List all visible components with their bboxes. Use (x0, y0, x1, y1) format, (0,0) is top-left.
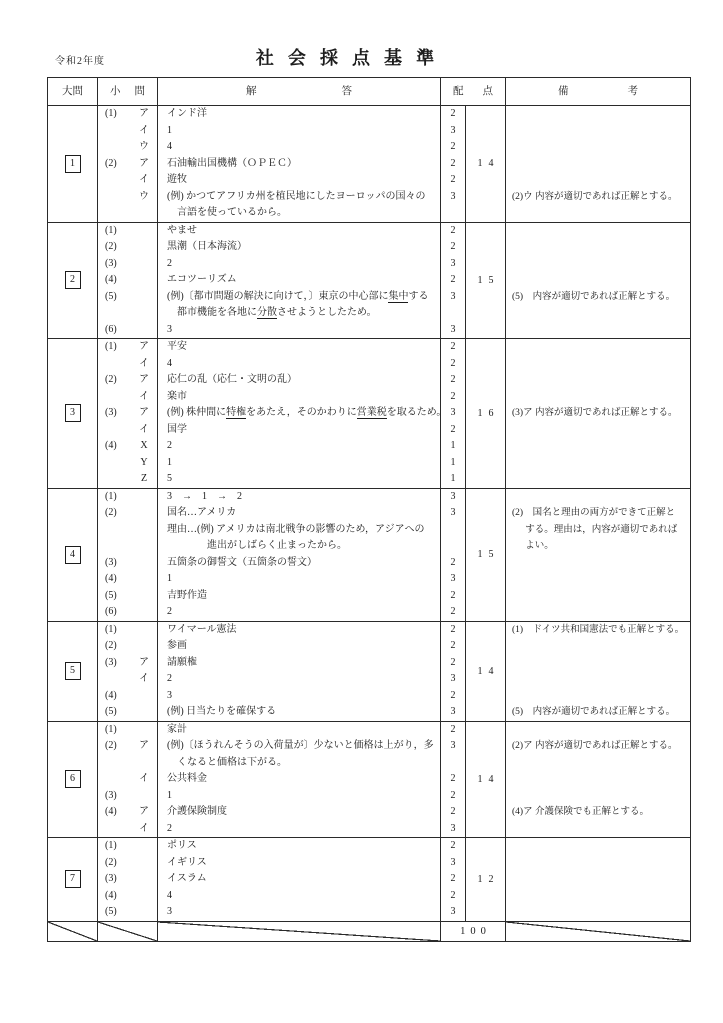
subquestion-branch (135, 571, 153, 588)
answer-text: 家計 (158, 722, 440, 739)
answer-segment: をあたえ，そのかわりに (246, 407, 357, 418)
subquestion-label: (1)ア (98, 339, 157, 356)
subquestion-branch: ア (135, 106, 153, 123)
table-header-row: 大問 小 問 解 答 配 点 備 (48, 78, 690, 106)
answer-text: ポリス (158, 838, 440, 855)
section-number: 1 (65, 155, 81, 173)
subquestion-branch: イ (135, 389, 153, 406)
section-block: 4(1)(2)(3)(4)(5)(6)3 → 1 → 2国名…アメリカ理由…(例… (48, 489, 690, 622)
header-char: 答 (342, 78, 353, 105)
column-header-shomon: 小 問 (98, 78, 158, 105)
remark-text: (2)ア 内容が適切であれば正解とする。 (506, 738, 690, 755)
answer-text: 理由…(例) アメリカは南北戦争の影響のため，アジアへの (158, 522, 440, 539)
answer-segment: (例) 日当たりを確保する (167, 706, 276, 717)
answer-text: くなると価格は下がる。 (158, 755, 440, 772)
shomon-cell: (1)アイウ(2)アイウ (98, 106, 158, 222)
answer-segment: 4 (167, 141, 172, 152)
subquestion-number (105, 771, 135, 788)
answer-text: インド洋 (158, 106, 440, 123)
answer-text: 黒潮（日本海流） (158, 239, 440, 256)
remark-line: (4)ア 介護保険でも正解とする。 (512, 804, 686, 821)
subquestion-number: (6) (105, 322, 135, 339)
subquestion-number: (1) (105, 722, 135, 739)
section-block: 3(1)アイ(2)アイ(3)アイ(4)XYZ平安4応仁の乱（応仁・文明の乱）楽市… (48, 339, 690, 489)
answer-segment: くなると価格は下がる。 (177, 757, 287, 768)
subquestion-label: (3) (98, 788, 157, 805)
remark-line: (5) 内容が適切であれば正解とする。 (512, 704, 686, 721)
subquestion-number (105, 205, 135, 222)
subquestion-branch: イ (135, 172, 153, 189)
subquestion-label: イ (98, 821, 157, 838)
section-total-cell: 14 (466, 622, 506, 721)
subquestion-branch: イ (135, 356, 153, 373)
answer-cell: やませ黒潮（日本海流）2エコツーリズム(例)〔都市問題の解決に向けて，〕東京の中… (158, 223, 441, 339)
answer-text: 五箇条の御誓文（五箇条の誓文） (158, 555, 440, 572)
subquestion-label: (2)ア (98, 738, 157, 755)
subquestion-number: (2) (105, 638, 135, 655)
subquestion-branch (135, 322, 153, 339)
remark-line: (3)ア 内容が適切であれば正解とする。 (512, 405, 686, 422)
total-row: 100 (48, 922, 690, 941)
answer-segment: (例) かつてアフリカ州を植民地にしたヨーロッパの国々の (167, 191, 425, 202)
answer-cell: インド洋14石油輸出国機構（ＯＰＥＣ）遊牧(例) かつてアフリカ州を植民地にした… (158, 106, 441, 222)
points-value: 2 (441, 788, 465, 805)
subquestion-label: イ (98, 771, 157, 788)
subquestion-number (105, 356, 135, 373)
answer-text: 2 (158, 256, 440, 273)
subquestion-label: (3) (98, 555, 157, 572)
section-total: 14 (472, 158, 500, 169)
subquestion-branch (135, 588, 153, 605)
answer-text: 吉野作造 (158, 588, 440, 605)
subquestion-label: (4)X (98, 438, 157, 455)
subquestion-number: (4) (105, 438, 135, 455)
answer-text: イスラム (158, 871, 440, 888)
section-total-cell: 14 (466, 722, 506, 838)
points-value: 3 (441, 671, 465, 688)
answer-text: 2 (158, 671, 440, 688)
subquestion-number (105, 755, 135, 772)
shomon-cell: (1)アイ(2)アイ(3)アイ(4)XYZ (98, 339, 158, 488)
subquestion-number (105, 389, 135, 406)
points-value: 2 (441, 622, 465, 639)
answer-segment: 楽市 (167, 391, 187, 402)
answer-segment: させようとしたため。 (277, 307, 377, 318)
underlined-term: 集中 (388, 291, 408, 303)
grand-total-points: 100 (441, 922, 506, 941)
section-block: 6(1)(2)アイ(3)(4)アイ家計(例)〔ほうれんそうの入荷量が〕少ないと価… (48, 722, 690, 839)
answer-text: 請願権 (158, 655, 440, 672)
subquestion-number: (2) (105, 239, 135, 256)
section-block: 7(1)(2)(3)(4)(5)ポリスイギリスイスラム432322312 (48, 838, 690, 922)
points-value: 2 (441, 604, 465, 621)
section-total: 15 (472, 549, 500, 560)
answer-segment: 4 (167, 358, 172, 369)
subquestion-number: (2) (105, 855, 135, 872)
section-total: 16 (472, 408, 500, 419)
total-row-daimon-cell (48, 922, 98, 941)
section-total-cell: 14 (466, 106, 506, 222)
points-value: 3 (441, 821, 465, 838)
answer-text: 1 (158, 123, 440, 140)
remarks-cell: (1) ドイツ共和国憲法でも正解とする。(5) 内容が適切であれば正解とする。 (506, 622, 690, 721)
subquestion-number: (5) (105, 588, 135, 605)
subquestion-branch: ア (135, 372, 153, 389)
answer-text: 1 (158, 571, 440, 588)
subquestion-branch (135, 522, 153, 539)
answer-text: 3 (158, 322, 440, 339)
subquestion-number: (3) (105, 256, 135, 273)
answer-segment: 2 (167, 440, 172, 451)
points-value (441, 538, 465, 555)
subquestion-label: (3) (98, 871, 157, 888)
subquestion-label: イ (98, 172, 157, 189)
points-value: 2 (441, 106, 465, 123)
points-value: 2 (441, 588, 465, 605)
section-total: 14 (472, 774, 500, 785)
header-char: 問 (135, 78, 146, 105)
answer-text: (例) 日当たりを確保する (158, 704, 440, 721)
subquestion-number (105, 455, 135, 472)
subquestion-branch: ア (135, 156, 153, 173)
subquestion-number: (3) (105, 871, 135, 888)
remark-text: (4)ア 介護保険でも正解とする。 (506, 804, 690, 821)
subquestion-label: (5) (98, 289, 157, 306)
subquestion-number: (6) (105, 604, 135, 621)
answer-segment: 公共料金 (167, 773, 207, 784)
answer-segment: 遊牧 (167, 174, 187, 185)
subquestion-label: (1) (98, 722, 157, 739)
subquestion-branch (135, 622, 153, 639)
subquestion-branch (135, 688, 153, 705)
points-value: 2 (441, 638, 465, 655)
points-cell: 232223 (441, 722, 466, 838)
answer-text: 2 (158, 604, 440, 621)
answer-text: 1 (158, 788, 440, 805)
answer-segment: 五箇条の御誓文（五箇条の誓文） (167, 557, 317, 568)
column-header-daimon: 大問 (48, 78, 98, 105)
answer-segment: イスラム (167, 873, 207, 884)
answer-segment: 5 (167, 473, 172, 484)
subquestion-branch: イ (135, 771, 153, 788)
answer-segment: 家計 (167, 724, 187, 735)
daimon-cell: 6 (48, 722, 98, 838)
subquestion-label: イ (98, 123, 157, 140)
subquestion-number (105, 471, 135, 488)
points-value: 3 (441, 855, 465, 872)
answer-text: 進出がしばらく止まったから。 (158, 538, 440, 555)
subquestion-branch (135, 272, 153, 289)
subquestion-number: (1) (105, 106, 135, 123)
score-table-body: 1(1)アイウ(2)アイウインド洋14石油輸出国機構（ＯＰＥＣ）遊牧(例) かつ… (48, 106, 690, 922)
subquestion-label: (3)ア (98, 655, 157, 672)
subquestion-label (98, 305, 157, 322)
answer-text: (例)〔ほうれんそうの入荷量が〕少ないと価格は上がり，多 (158, 738, 440, 755)
remarks-cell: (2)ウ 内容が適切であれば正解とする。 (506, 106, 690, 222)
subquestion-number: (1) (105, 838, 135, 855)
answer-text: (例)〔都市問題の解決に向けて，〕東京の中心部に集中する (158, 289, 440, 306)
answer-segment: 2 (167, 258, 172, 269)
answer-segment: イギリス (167, 857, 207, 868)
total-row-answer-cell (158, 922, 441, 941)
subquestion-branch (135, 788, 153, 805)
answer-text: 2 (158, 438, 440, 455)
answer-segment: 石油輸出国機構（ＯＰＥＣ） (167, 158, 297, 169)
column-header-remarks: 備 考 (506, 78, 690, 105)
subquestion-label: (1) (98, 838, 157, 855)
daimon-cell: 5 (48, 622, 98, 721)
points-value: 2 (441, 771, 465, 788)
subquestion-number: (1) (105, 489, 135, 506)
header-char: 備 (558, 78, 569, 105)
subquestion-number: (3) (105, 405, 135, 422)
answer-segment: を取るため。 (387, 407, 447, 418)
points-value (441, 205, 465, 222)
subquestion-number: (4) (105, 571, 135, 588)
answer-text: 遊牧 (158, 172, 440, 189)
subquestion-number (105, 522, 135, 539)
subquestion-label (98, 755, 157, 772)
answer-cell: 平安4応仁の乱（応仁・文明の乱）楽市(例) 株仲間に特権をあたえ，そのかわりに営… (158, 339, 441, 488)
daimon-cell: 3 (48, 339, 98, 488)
points-value: 3 (441, 505, 465, 522)
answer-segment: 介護保険制度 (167, 806, 227, 817)
answer-segment: 黒潮（日本海流） (167, 241, 247, 252)
subquestion-label: (2) (98, 855, 157, 872)
answer-segment: 請願権 (167, 657, 197, 668)
points-value: 3 (441, 256, 465, 273)
points-value (441, 755, 465, 772)
points-value: 2 (441, 871, 465, 888)
subquestion-label: (5) (98, 904, 157, 921)
score-table: 大問 小 問 解 答 配 点 備 (47, 77, 691, 942)
subquestion-branch: ア (135, 738, 153, 755)
remark-text: (1) ドイツ共和国憲法でも正解とする。 (506, 622, 690, 639)
points-value: 2 (441, 838, 465, 855)
diagonal-slash (48, 922, 97, 941)
subquestion-branch (135, 888, 153, 905)
daimon-cell: 4 (48, 489, 98, 621)
remark-line: (2)ウ 内容が適切であれば正解とする。 (512, 189, 686, 206)
total-row-shomon-cell (98, 922, 158, 941)
subquestion-label: (3)ア (98, 405, 157, 422)
section-number: 7 (65, 870, 81, 888)
remark-line: する。理由は，内容が適切であれば (512, 522, 686, 539)
subquestion-number: (2) (105, 372, 135, 389)
points-value: 1 (441, 455, 465, 472)
subquestion-branch (135, 223, 153, 240)
subquestion-number: (2) (105, 505, 135, 522)
answer-segment: 2 (167, 823, 172, 834)
subquestion-branch (135, 704, 153, 721)
remark-text: (3)ア 内容が適切であれば正解とする。 (506, 405, 690, 422)
subquestion-label: (2) (98, 505, 157, 522)
subquestion-number: (4) (105, 804, 135, 821)
answer-text: 都市機能を各地に分散させようとしたため。 (158, 305, 440, 322)
subquestion-label: (4) (98, 571, 157, 588)
subquestion-label: (4) (98, 888, 157, 905)
subquestion-branch: ウ (135, 189, 153, 206)
subquestion-label: (1)ア (98, 106, 157, 123)
shomon-cell: (1)(2)(3)(4)(5)(6) (98, 489, 158, 621)
subquestion-label: (1) (98, 622, 157, 639)
header-char: 解 (246, 78, 257, 105)
subquestion-label: Z (98, 471, 157, 488)
answer-segment: 吉野作造 (167, 590, 207, 601)
section-block: 2(1)(2)(3)(4)(5)(6)やませ黒潮（日本海流）2エコツーリズム(例… (48, 223, 690, 340)
points-value: 2 (441, 655, 465, 672)
subquestion-label: (6) (98, 322, 157, 339)
subquestion-label (98, 522, 157, 539)
subquestion-branch: ア (135, 655, 153, 672)
answer-segment: 応仁の乱（応仁・文明の乱） (167, 374, 297, 385)
section-total-cell: 16 (466, 339, 506, 488)
answer-segment: 1 (167, 790, 172, 801)
header-char: 小 (110, 78, 121, 105)
subquestion-label: (5) (98, 588, 157, 605)
answer-text: 3 → 1 → 2 (158, 489, 440, 506)
subquestion-number (105, 671, 135, 688)
points-value: 3 (441, 123, 465, 140)
answer-segment: 2 (167, 606, 172, 617)
answer-text: 1 (158, 455, 440, 472)
points-value: 2 (441, 139, 465, 156)
answer-segment: ワイマール憲法 (167, 624, 237, 635)
remarks-cell: (2) 国名と理由の両方ができて正解とする。理由は，内容が適切であればよい。 (506, 489, 690, 621)
remark-text: (5) 内容が適切であれば正解とする。 (506, 289, 690, 306)
subquestion-branch: ア (135, 804, 153, 821)
subquestion-branch: ア (135, 339, 153, 356)
subquestion-number: (1) (105, 223, 135, 240)
subquestion-number: (2) (105, 156, 135, 173)
subquestion-branch: ア (135, 405, 153, 422)
subquestion-label: (4) (98, 272, 157, 289)
subquestion-branch: ウ (135, 139, 153, 156)
answer-text: イギリス (158, 855, 440, 872)
subquestion-label: (1) (98, 489, 157, 506)
points-value: 1 (441, 471, 465, 488)
answer-text: 国学 (158, 422, 440, 439)
subquestion-branch (135, 871, 153, 888)
subquestion-branch (135, 538, 153, 555)
subquestion-branch: X (135, 438, 153, 455)
points-value: 2 (441, 339, 465, 356)
remark-line: (2)ア 内容が適切であれば正解とする。 (512, 738, 686, 755)
answer-segment: 参画 (167, 640, 187, 651)
subquestion-branch: イ (135, 422, 153, 439)
section-number: 2 (65, 271, 81, 289)
answer-text: 4 (158, 888, 440, 905)
shomon-cell: (1)(2)(3)(4)(5) (98, 838, 158, 921)
section-number: 6 (65, 770, 81, 788)
answer-segment: 進出がしばらく止まったから。 (207, 540, 347, 551)
daimon-cell: 1 (48, 106, 98, 222)
subquestion-number (105, 189, 135, 206)
subquestion-label: (5) (98, 704, 157, 721)
answer-segment: 理由…(例) アメリカは南北戦争の影響のため，アジアへの (167, 524, 424, 535)
subquestion-label: イ (98, 422, 157, 439)
subquestion-label: ウ (98, 139, 157, 156)
remark-line: (5) 内容が適切であれば正解とする。 (512, 289, 686, 306)
answer-text: 4 (158, 356, 440, 373)
grading-sheet-page: 令和2年度 社会採点基準 大問 小 問 解 答 配 点 (0, 0, 723, 1023)
subquestion-number (105, 172, 135, 189)
shomon-cell: (1)(2)(3)アイ(4)(5) (98, 622, 158, 721)
header-char: 考 (628, 78, 639, 105)
subquestion-branch (135, 489, 153, 506)
subquestion-branch: イ (135, 123, 153, 140)
answer-segment: 1 (167, 457, 172, 468)
subquestion-number: (5) (105, 289, 135, 306)
points-value: 3 (441, 704, 465, 721)
subquestion-number: (4) (105, 888, 135, 905)
subquestion-branch (135, 555, 153, 572)
points-cell: 222232111 (441, 339, 466, 488)
points-value: 3 (441, 738, 465, 755)
answer-text: 言語を使っているから。 (158, 205, 440, 222)
points-value: 2 (441, 272, 465, 289)
answer-segment: する (408, 291, 428, 302)
points-value (441, 305, 465, 322)
diagonal-slash (158, 922, 440, 941)
subquestion-label: Y (98, 455, 157, 472)
subquestion-branch (135, 205, 153, 222)
underlined-term: 分散 (257, 307, 277, 319)
answer-cell: 3 → 1 → 2国名…アメリカ理由…(例) アメリカは南北戦争の影響のため，ア… (158, 489, 441, 621)
subquestion-number: (5) (105, 704, 135, 721)
remark-line: (1) ドイツ共和国憲法でも正解とする。 (512, 622, 686, 639)
underlined-term: 営業税 (357, 407, 387, 419)
answer-segment: 3 (167, 906, 172, 917)
answer-text: エコツーリズム (158, 272, 440, 289)
answer-text: 国名…アメリカ (158, 505, 440, 522)
header-char: 配 (453, 78, 464, 105)
answer-text: 3 (158, 688, 440, 705)
points-value: 3 (441, 489, 465, 506)
shomon-cell: (1)(2)アイ(3)(4)アイ (98, 722, 158, 838)
answer-segment: 1 (167, 573, 172, 584)
answer-cell: 家計(例)〔ほうれんそうの入荷量が〕少ないと価格は上がり，多くなると価格は下がる… (158, 722, 441, 838)
points-value: 2 (441, 372, 465, 389)
points-value: 2 (441, 722, 465, 739)
answer-text: 5 (158, 471, 440, 488)
points-cell: 222323 (441, 622, 466, 721)
answer-segment: 3 → 1 → 2 (167, 491, 242, 502)
points-value: 2 (441, 356, 465, 373)
points-value: 1 (441, 438, 465, 455)
section-block: 5(1)(2)(3)アイ(4)(5)ワイマール憲法参画請願権23(例) 日当たり… (48, 622, 690, 722)
points-value: 2 (441, 239, 465, 256)
answer-text: 楽市 (158, 389, 440, 406)
remark-text: (2) 国名と理由の両方ができて正解とする。理由は，内容が適切であればよい。 (506, 505, 690, 555)
remarks-cell (506, 838, 690, 921)
subquestion-number (105, 305, 135, 322)
subquestion-number: (5) (105, 904, 135, 921)
section-number: 3 (65, 404, 81, 422)
points-value: 2 (441, 422, 465, 439)
remark-line: よい。 (512, 538, 686, 555)
subquestion-number (105, 821, 135, 838)
section-block: 1(1)アイウ(2)アイウインド洋14石油輸出国機構（ＯＰＥＣ）遊牧(例) かつ… (48, 106, 690, 223)
points-value: 2 (441, 156, 465, 173)
subquestion-label: ウ (98, 189, 157, 206)
answer-segment: 4 (167, 890, 172, 901)
subquestion-number: (3) (105, 655, 135, 672)
points-cell: 223233 (441, 223, 466, 339)
subquestion-number: (4) (105, 688, 135, 705)
header-char: 点 (483, 78, 494, 105)
answer-text: 石油輸出国機構（ＯＰＥＣ） (158, 156, 440, 173)
